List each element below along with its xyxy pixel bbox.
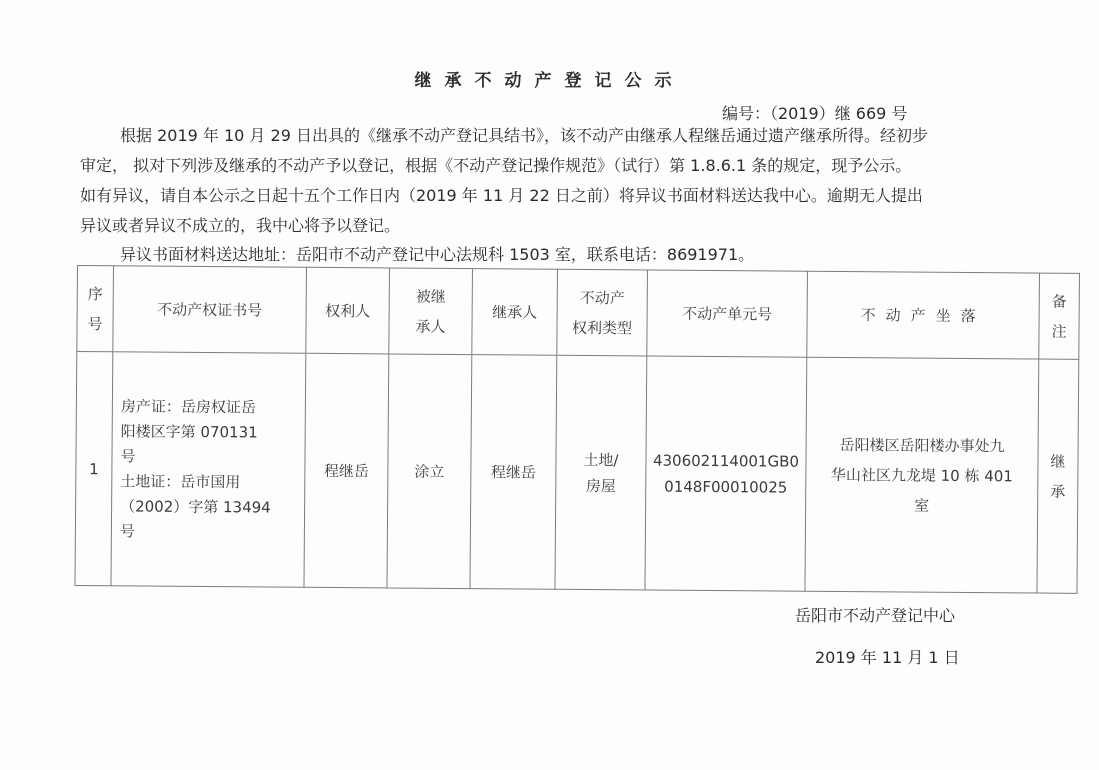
location-line: 岳阳楼区岳阳楼办事处九 [810,429,1033,461]
cell-location: 岳阳楼区岳阳楼办事处九 华山社区九龙堤 10 栋 401 室 [805,357,1039,593]
cell-owner: 程继岳 [304,353,389,588]
remark-line: 承 [1038,476,1077,506]
location-line: 室 [810,489,1033,521]
header-text: 承人 [389,311,471,342]
body-line: 如有异议，请自本公示之日起十五个工作日内（2019 年 11 月 22 日之前）… [80,181,1060,211]
header-cert-no: 不动产权证书号 [113,266,307,354]
registration-table: 序 号 不动产权证书号 权利人 被继 承人 继承人 不动产 权利类型 不动产单元… [74,265,1079,594]
cert-line: 土地证：岳市国用 [120,469,298,495]
body-line: 根据 2019 年 10 月 29 日出具的《继承不动产登记具结书》，该不动产由… [80,121,1060,151]
right-type-line: 房屋 [556,472,645,499]
header-text: 备 [1040,286,1079,316]
location-line: 华山社区九龙堤 10 栋 401 [810,459,1033,491]
cell-remark: 继 承 [1037,359,1079,593]
header-remark: 备 注 [1039,273,1080,359]
cell-right-type: 土地/ 房屋 [555,355,647,590]
header-location: 不动产坐落 [807,271,1040,359]
cell-decedent: 涂立 [387,354,472,589]
issue-date: 2019 年 11 月 1 日 [815,645,960,668]
header-text: 被继 [390,281,472,312]
header-right-type: 不动产 权利类型 [557,269,648,356]
right-type-line: 土地/ [556,446,645,473]
header-text: 序 [78,279,113,309]
header-seq: 序 号 [77,266,114,352]
header-text: 不动产 [558,282,647,313]
cert-line: 号 [120,519,298,545]
header-text: 权利类型 [557,312,646,343]
notice-body: 根据 2019 年 10 月 29 日出具的《继承不动产登记具结书》，该不动产由… [80,121,1060,241]
header-text: 号 [77,309,112,339]
header-owner: 权利人 [306,267,390,354]
header-text: 注 [1039,316,1078,346]
notice-page: 继承不动产登记公示 编号：（2019）继 669 号 根据 2019 年 10 … [0,0,1099,770]
cell-seq: 1 [75,352,113,586]
header-heir: 继承人 [472,269,558,356]
unit-no-line: 0148F00010025 [646,473,805,500]
issuing-authority: 岳阳市不动产登记中心 [795,603,955,626]
unit-no-line: 430602114001GB0 [646,447,805,474]
cert-line: 房产证：岳房权证岳 [121,394,299,420]
body-line: 异议或者异议不成立的，我中心将予以登记。 [80,211,1060,241]
cert-line: （2002）字第 13494 [120,494,298,520]
header-unit-no: 不动产单元号 [647,270,808,357]
document-title: 继承不动产登记公示 [0,66,1099,91]
remark-line: 继 [1038,446,1077,476]
table-header-row: 序 号 不动产权证书号 权利人 被继 承人 继承人 不动产 权利类型 不动产单元… [77,266,1080,360]
table-row: 1 房产证：岳房权证岳 阳楼区字第 070131 号 土地证：岳市国用 （200… [75,352,1079,594]
cell-unit-no: 430602114001GB0 0148F00010025 [645,356,807,591]
cert-line: 阳楼区字第 070131 [121,419,299,445]
cell-heir: 程继岳 [470,355,557,590]
cell-cert-no: 房产证：岳房权证岳 阳楼区字第 070131 号 土地证：岳市国用 （2002）… [111,352,306,588]
header-decedent: 被继 承人 [389,268,473,355]
cert-line: 号 [120,444,298,470]
body-line: 审定， 拟对下列涉及继承的不动产予以登记，根据《不动产登记操作规范》（试行）第 … [80,151,1060,181]
